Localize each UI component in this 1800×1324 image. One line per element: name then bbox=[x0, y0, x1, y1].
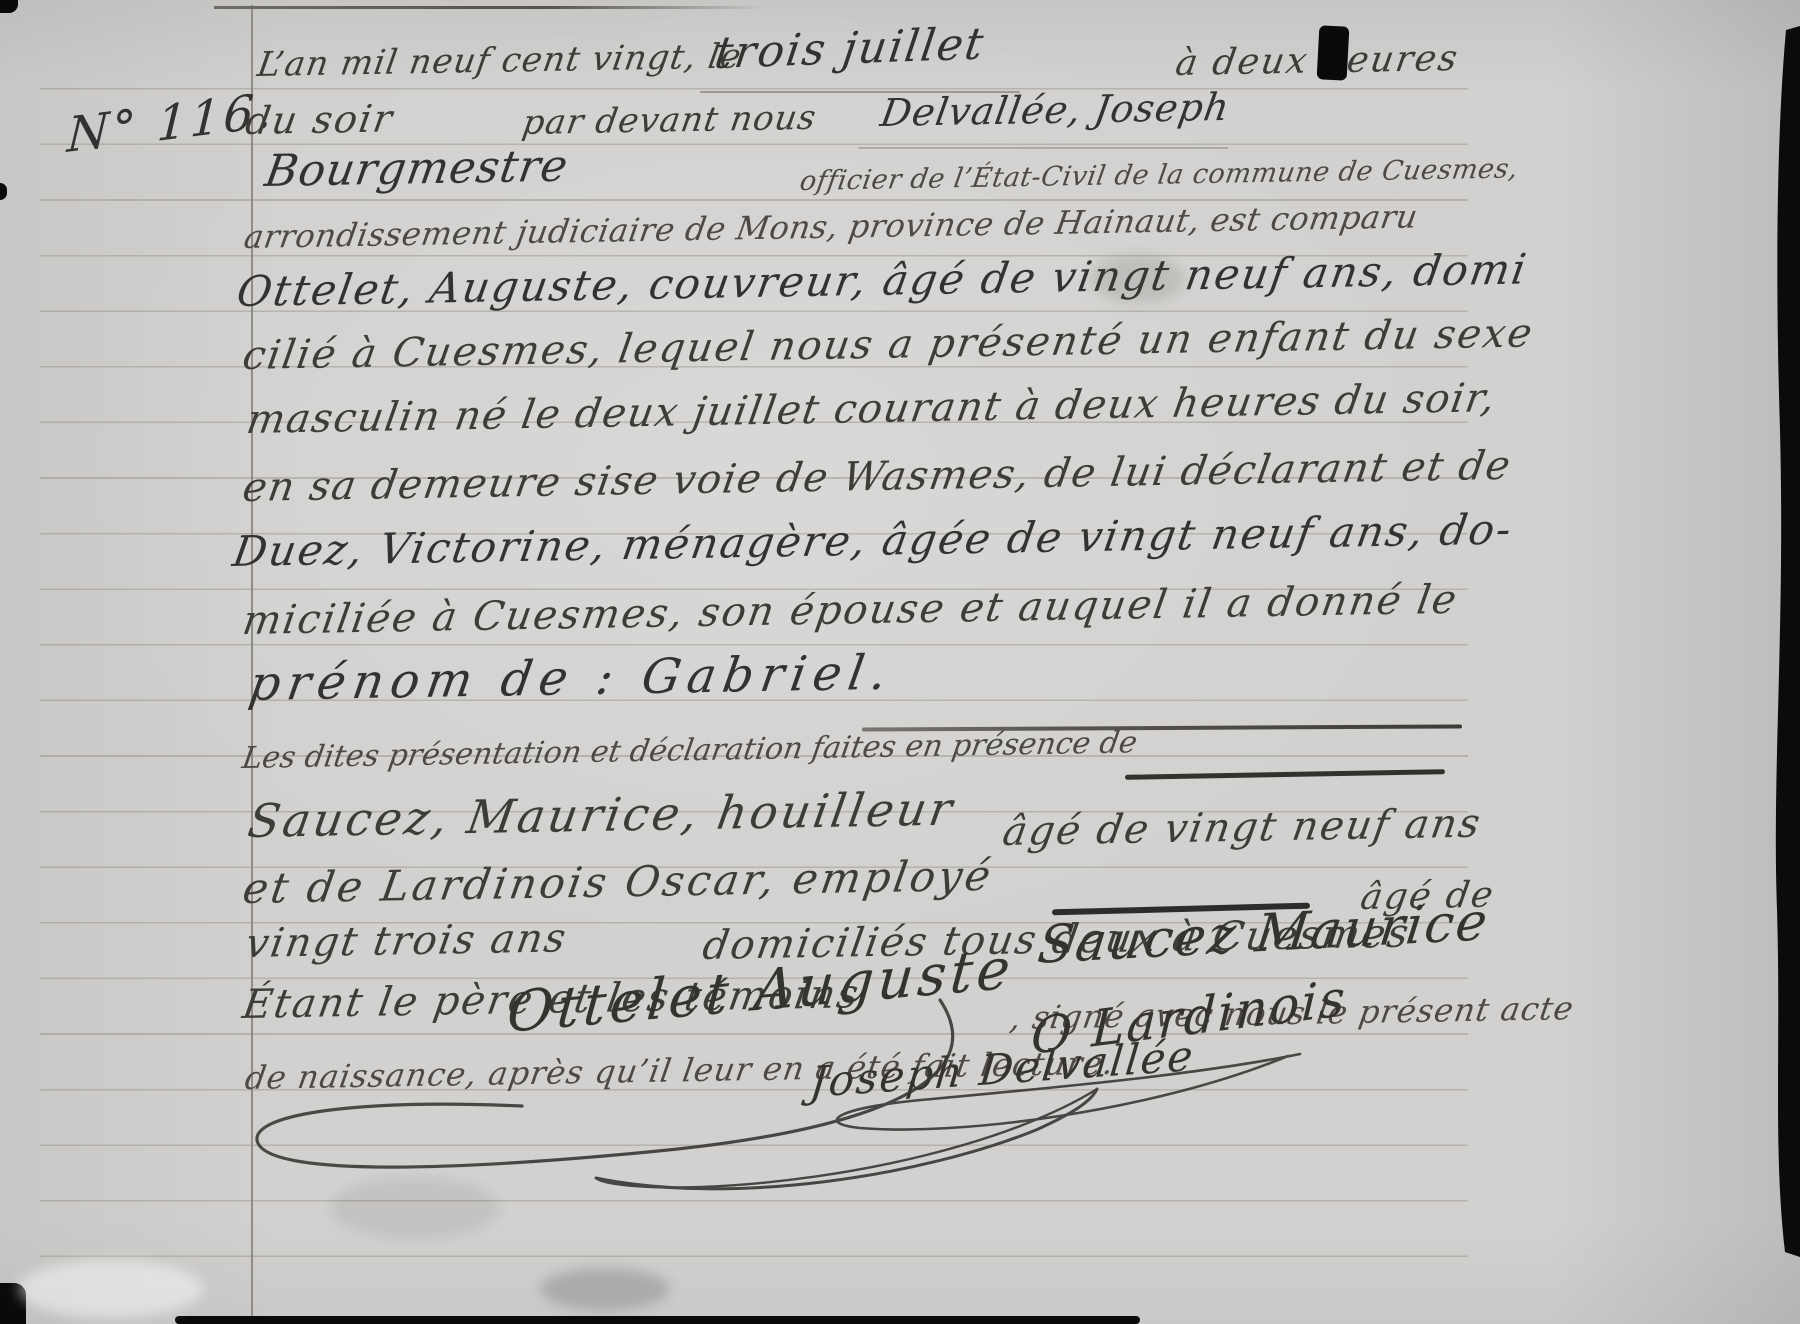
scan-mark-top-right bbox=[1317, 25, 1350, 80]
scan-mark-left-edge bbox=[0, 183, 7, 200]
officer-title: Bourgmestre bbox=[262, 145, 571, 194]
witness-1-line: Saucez, Maurice, houilleur bbox=[245, 786, 958, 844]
smudge-3 bbox=[330, 1178, 500, 1238]
act-date-inserted: trois juillet bbox=[712, 22, 988, 76]
act-line-2-du-soir: du soir bbox=[243, 99, 397, 140]
scanned-birth-record-page: N° 116. L’an mil neuf cent vingt, le tro… bbox=[0, 0, 1800, 1324]
top-rule-segment bbox=[214, 6, 766, 9]
scan-gutter-shadow bbox=[1776, 26, 1800, 1257]
smudge-2 bbox=[540, 1268, 670, 1310]
scan-mark-top-left bbox=[0, 0, 18, 13]
officer-name: Delvallée, Joseph bbox=[878, 88, 1233, 132]
scan-mark-bottom-strip bbox=[175, 1316, 1140, 1324]
witness-2-line: et de Lardinois Oscar, employé bbox=[240, 855, 996, 910]
act-line-2-devant-nous: par devant nous bbox=[520, 101, 819, 140]
blank-underline-name bbox=[858, 147, 1228, 149]
paper-edge-highlight bbox=[18, 1260, 203, 1318]
witness-1-age: âgé de vingt neuf ans bbox=[1000, 804, 1485, 852]
child-firstname-line: prénom de : Gabriel. bbox=[246, 649, 897, 708]
act-line-1-opening: L’an mil neuf cent vingt, le bbox=[255, 39, 744, 82]
smudge-1 bbox=[1090, 255, 1185, 303]
witness-2-age-value: vingt trois ans bbox=[243, 918, 570, 964]
